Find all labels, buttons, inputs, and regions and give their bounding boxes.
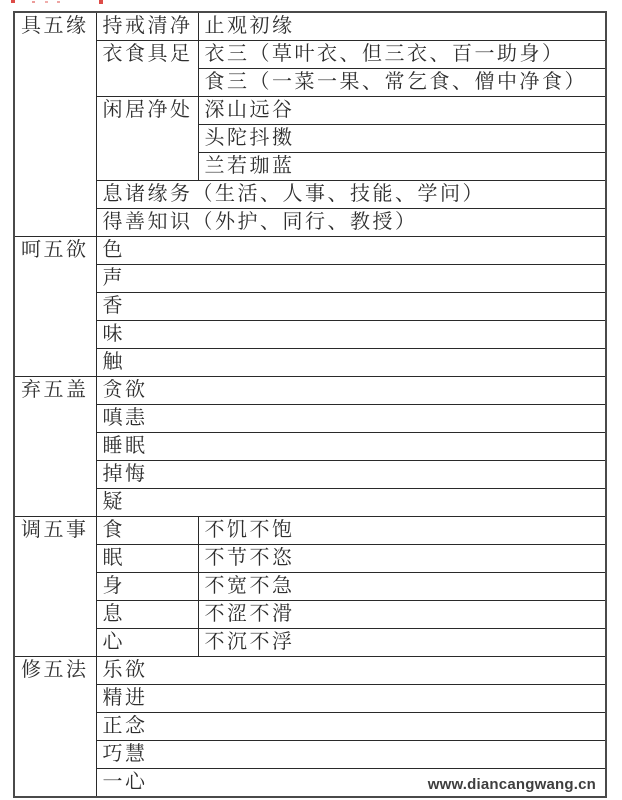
cell-s0-r0-c2: 持戒清净 [96,12,198,41]
table-row: 睡眠 [14,433,606,461]
red-mark [99,0,103,4]
cell-s3-r3-c3: 不涩不滑 [198,601,606,629]
table-row: 触 [14,349,606,377]
table-row: 得善知识（外护、同行、教授） [14,209,606,237]
table-row: 息诸缘务（生活、人事、技能、学问） [14,181,606,209]
cell-s2-label: 弃五盖 [14,377,96,517]
table-row: 闲居净处 深山远谷 [14,97,606,125]
red-mark [57,1,60,3]
cell-s0-r6-c23: 息诸缘务（生活、人事、技能、学问） [96,181,606,209]
table-row: 调五事 食 不饥不饱 [14,517,606,545]
table-row: 疑 [14,489,606,517]
cell-s1-r0-c23: 色 [96,237,606,265]
table-row: 眠 不节不恣 [14,545,606,573]
cell-s0-r5-c3: 兰若珈蓝 [198,153,606,181]
table-row: 嗔恚 [14,405,606,433]
cell-s1-r3-c23: 味 [96,321,606,349]
cell-s3-r3-c2: 息 [96,601,198,629]
table-row: 具五缘 持戒清净 止观初缘 [14,12,606,41]
website-watermark: www.diancangwang.cn [428,776,596,793]
cell-s4-r3-c23: 巧慧 [96,741,606,769]
red-mark [45,1,48,3]
preparation-table: 具五缘 持戒清净 止观初缘 衣食具足 衣三（草叶衣、但三衣、百一助身） 食三（一… [13,11,607,798]
cell-s0-r1-c3: 衣三（草叶衣、但三衣、百一助身） [198,41,606,69]
table-row: 息 不涩不滑 [14,601,606,629]
table-row: 味 [14,321,606,349]
cell-s4-r1-c23: 精进 [96,685,606,713]
cell-s4-label: 修五法 [14,657,96,798]
table-row: 弃五盖 贪欲 [14,377,606,405]
cell-s3-r1-c3: 不节不恣 [198,545,606,573]
cell-s2-r0-c23: 贪欲 [96,377,606,405]
cell-s3-r4-c2: 心 [96,629,198,657]
cell-s1-label: 呵五欲 [14,237,96,377]
cell-s2-r2-c23: 睡眠 [96,433,606,461]
cell-s0-r3-c3: 深山远谷 [198,97,606,125]
cell-s0-r3-c2: 闲居净处 [96,97,198,181]
cell-s3-r0-c3: 不饥不饱 [198,517,606,545]
table-row: 身 不宽不急 [14,573,606,601]
cell-s4-r2-c23: 正念 [96,713,606,741]
cell-s0-r0-c3: 止观初缘 [198,12,606,41]
cell-s3-r4-c3: 不沉不浮 [198,629,606,657]
cell-s3-r2-c3: 不宽不急 [198,573,606,601]
table-row: 修五法 乐欲 [14,657,606,685]
cell-s1-r1-c23: 声 [96,265,606,293]
cell-s3-r2-c2: 身 [96,573,198,601]
table-row: 正念 [14,713,606,741]
red-mark [11,0,15,3]
cell-s1-r2-c23: 香 [96,293,606,321]
cell-s0-r1-c2: 衣食具足 [96,41,198,97]
cell-s3-r0-c2: 食 [96,517,198,545]
cell-s0-r4-c3: 头陀抖擞 [198,125,606,153]
table-row: 掉悔 [14,461,606,489]
cell-s4-r0-c23: 乐欲 [96,657,606,685]
cropped-red-text-fragment [0,0,130,6]
table-row: 香 [14,293,606,321]
page: 具五缘 持戒清净 止观初缘 衣食具足 衣三（草叶衣、但三衣、百一助身） 食三（一… [0,0,622,800]
cell-s2-r3-c23: 掉悔 [96,461,606,489]
cell-s0-r2-c3: 食三（一菜一果、常乞食、僧中净食） [198,69,606,97]
cell-s2-r4-c23: 疑 [96,489,606,517]
cell-s3-label: 调五事 [14,517,96,657]
table-row: 衣食具足 衣三（草叶衣、但三衣、百一助身） [14,41,606,69]
cell-s0-r7-c23: 得善知识（外护、同行、教授） [96,209,606,237]
cell-s1-r4-c23: 触 [96,349,606,377]
cell-s2-r1-c23: 嗔恚 [96,405,606,433]
cell-s3-r1-c2: 眠 [96,545,198,573]
table-row: 精进 [14,685,606,713]
table-row: 心 不沉不浮 [14,629,606,657]
table-row: 巧慧 [14,741,606,769]
table-row: 声 [14,265,606,293]
red-mark [32,1,35,3]
cell-s0-label: 具五缘 [14,12,96,237]
table-row: 呵五欲 色 [14,237,606,265]
